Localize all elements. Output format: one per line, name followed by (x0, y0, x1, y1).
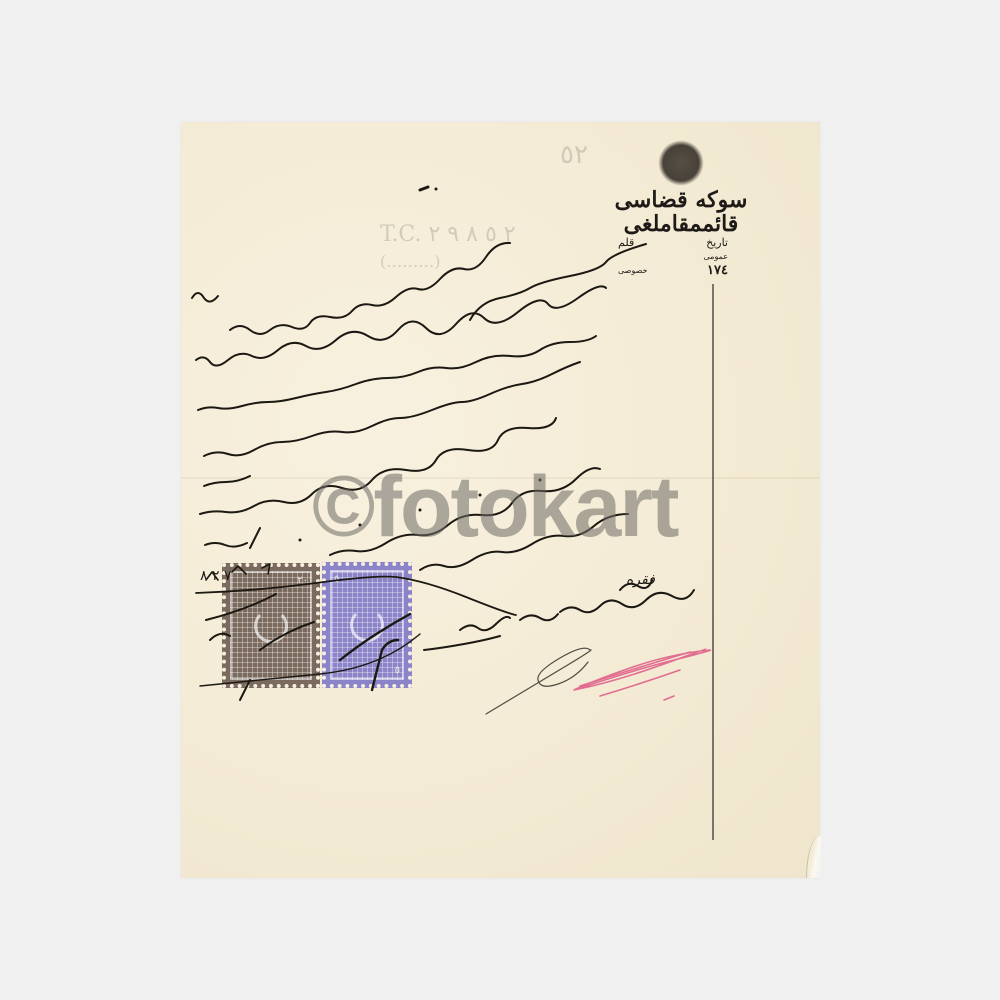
stamp-annotation: ٧ ٢ ٨ (200, 568, 232, 584)
red-signature (574, 649, 710, 700)
signatory-note: فقره (626, 572, 655, 588)
watermark: ©fotokart (312, 462, 677, 552)
grey-signature (486, 648, 591, 714)
